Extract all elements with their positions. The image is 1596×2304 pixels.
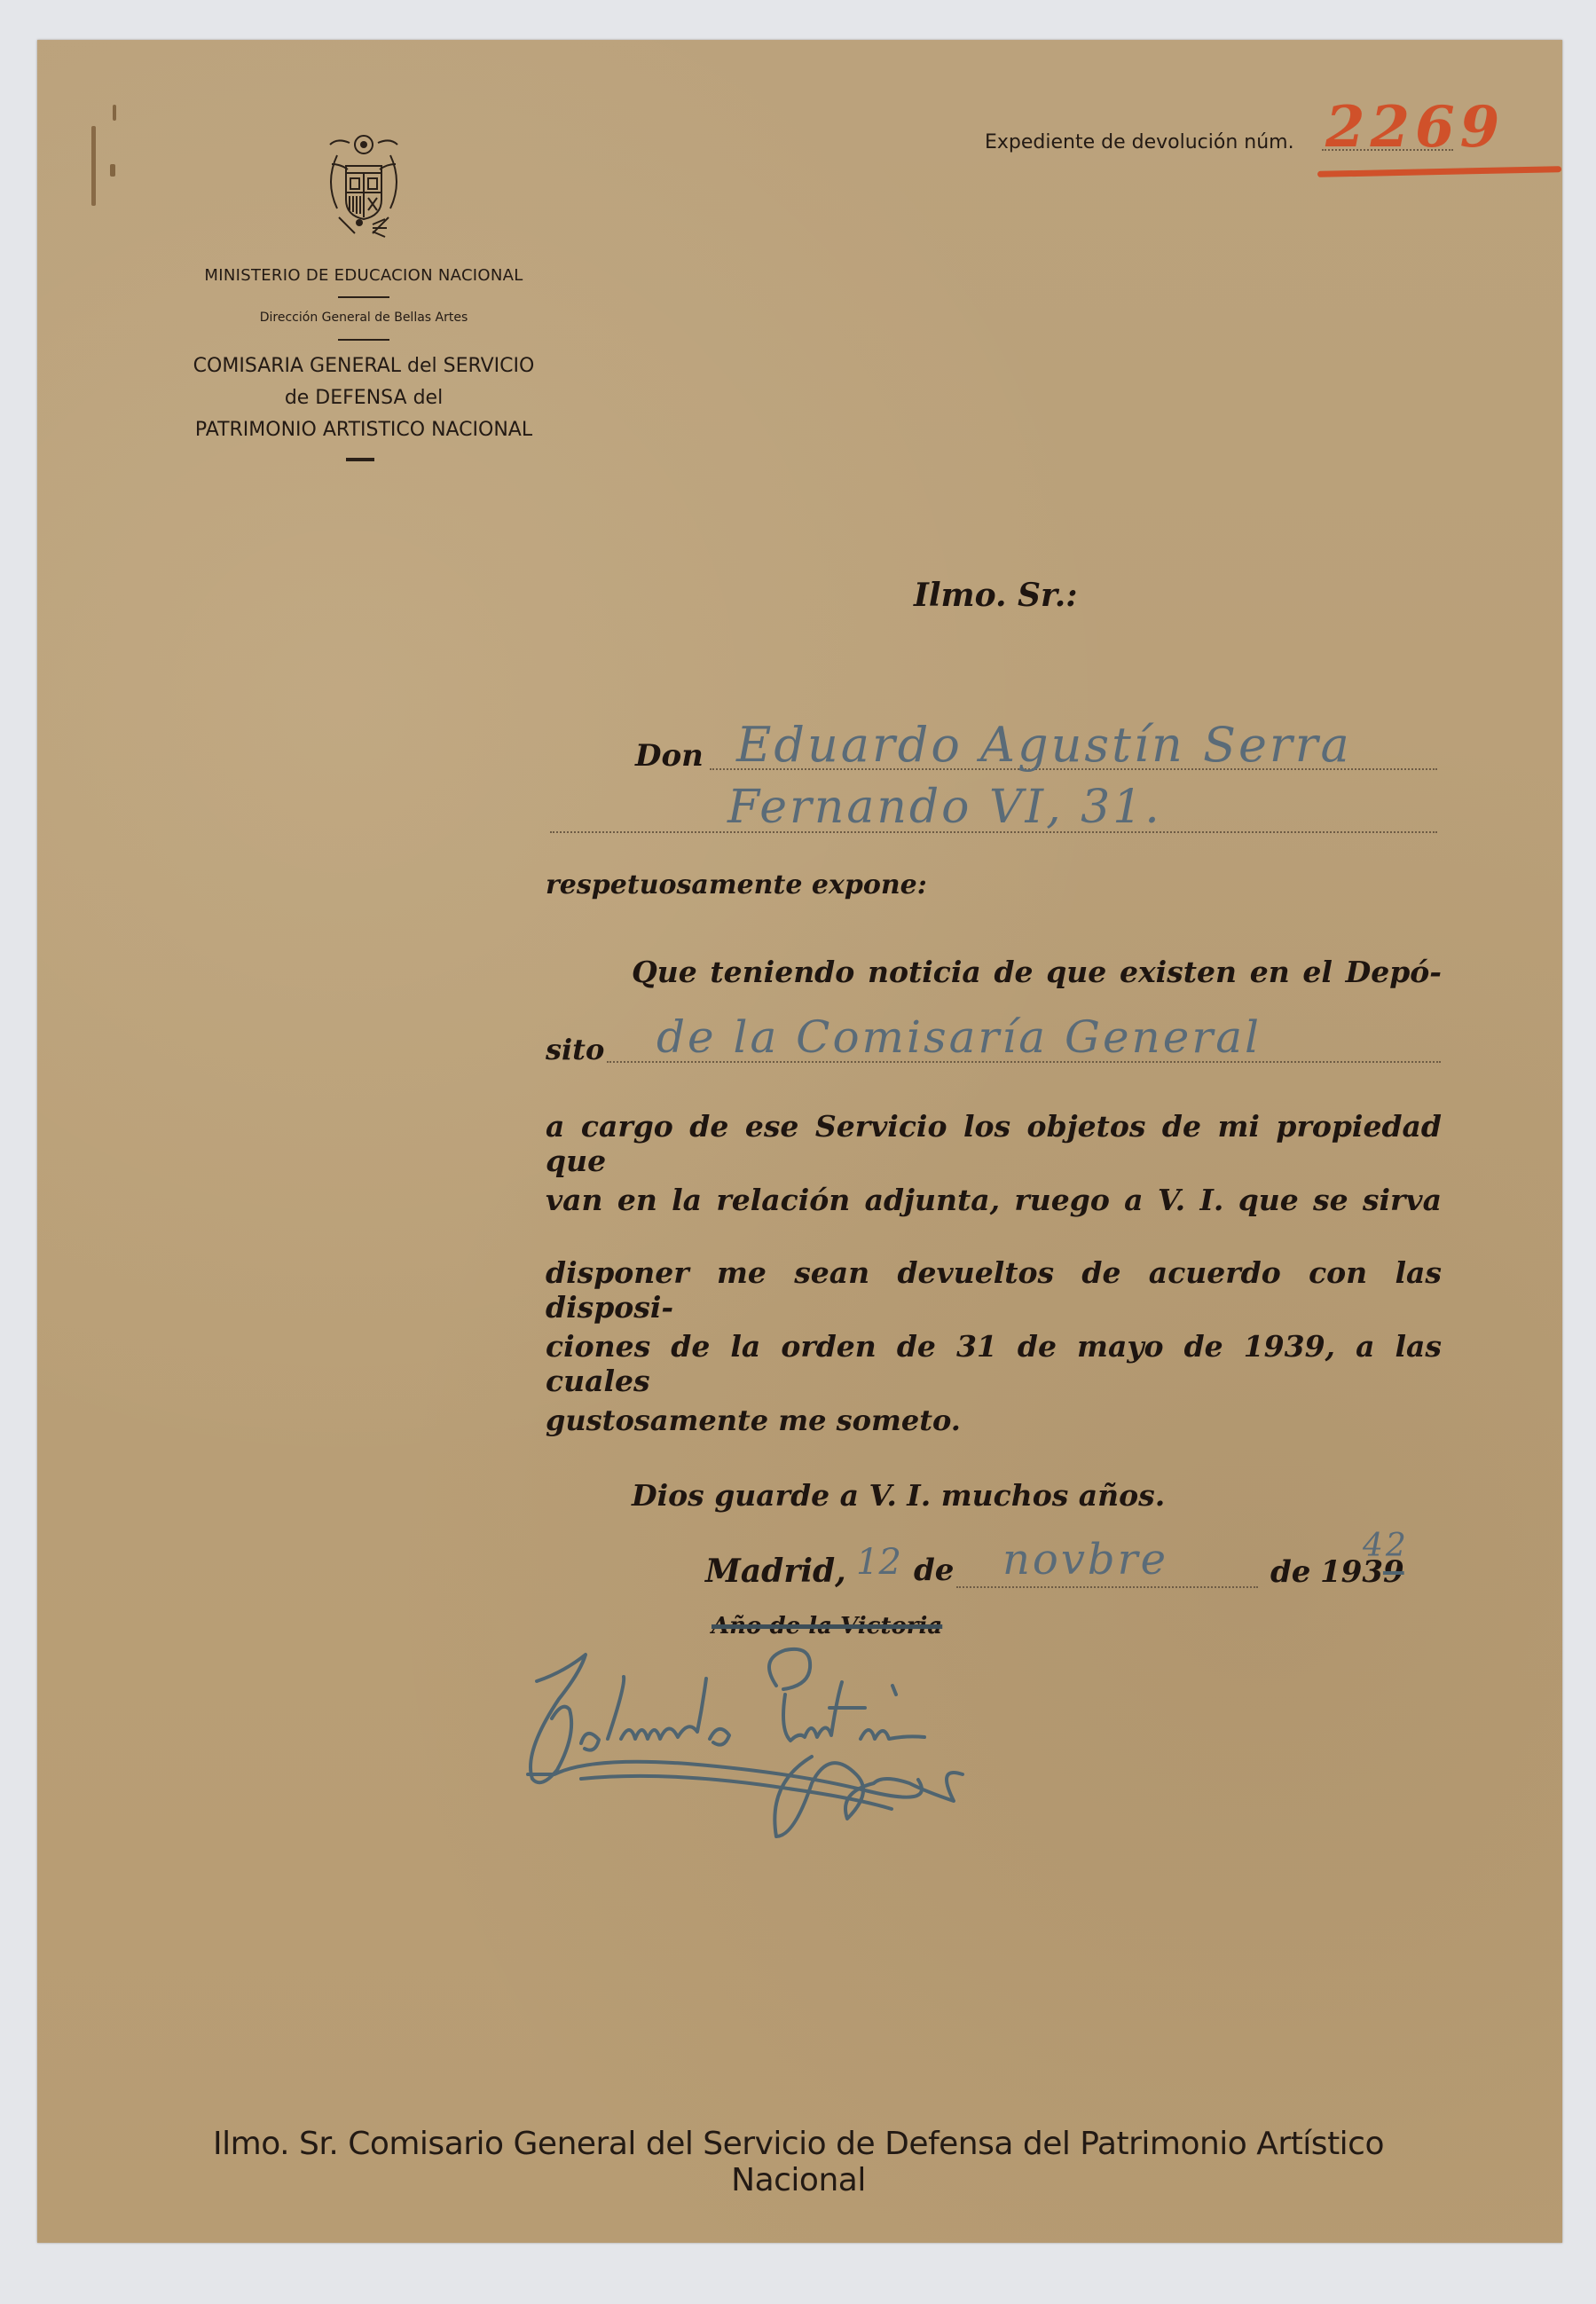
signature bbox=[519, 1641, 1158, 1845]
petitioner-name: Eduardo Agustín Serra bbox=[736, 717, 1352, 773]
commission-line-3: PATRIMONIO ARTISTICO NACIONAL bbox=[133, 419, 594, 441]
body-line-1: Que teniendo noticia de que existen en e… bbox=[632, 955, 1442, 989]
intro-text: respetuosamente expone: bbox=[546, 869, 927, 900]
date-day: 12 bbox=[856, 1542, 901, 1583]
staple-mark bbox=[91, 126, 96, 206]
date-city: Madrid, bbox=[705, 1553, 846, 1590]
commission-line-2: de DEFENSA del bbox=[133, 387, 594, 409]
direction-name: Dirección General de Bellas Artes bbox=[133, 311, 594, 325]
file-number-label: Expediente de devolución núm. bbox=[985, 131, 1294, 153]
petitioner-prefix: Don bbox=[635, 738, 704, 774]
deposit-handwritten: de la Comisaría General bbox=[656, 1011, 1262, 1063]
commission-line-1: COMISARIA GENERAL del SERVICIO bbox=[133, 355, 594, 377]
body-line-5: disponer me sean devueltos de acuerdo co… bbox=[546, 1255, 1442, 1325]
divider bbox=[338, 296, 389, 298]
date-de-2: de bbox=[1270, 1554, 1310, 1590]
body-line-3: a cargo de ese Servicio los objetos de m… bbox=[546, 1109, 1442, 1178]
date-month: novbre bbox=[1002, 1535, 1168, 1584]
date-month-field bbox=[956, 1586, 1258, 1588]
divider bbox=[338, 339, 389, 341]
body-line-7: gustosamente me someto. bbox=[546, 1404, 961, 1437]
body-line-6: ciones de la orden de 31 de mayo de 1939… bbox=[546, 1329, 1442, 1398]
divider bbox=[346, 458, 374, 461]
coat-of-arms-icon bbox=[319, 129, 408, 240]
ministry-name: MINISTERIO DE EDUCACION NACIONAL bbox=[133, 266, 594, 285]
body-line-4: van en la relación adjunta, ruego a V. I… bbox=[546, 1183, 1442, 1217]
addressee-footer: Ilmo. Sr. Comisario General del Servicio… bbox=[160, 2126, 1437, 2198]
staple-mark bbox=[110, 164, 115, 177]
struck-motto: Año de la Victoria bbox=[712, 1613, 942, 1640]
petitioner-address: Fernando VI, 31. bbox=[727, 781, 1162, 834]
file-number-value: 2269 bbox=[1325, 94, 1505, 161]
date-year-correction: 42 bbox=[1363, 1528, 1409, 1564]
closing-text: Dios guarde a V. I. muchos años. bbox=[632, 1478, 1165, 1513]
body-line-2-prefix: sito bbox=[546, 1033, 604, 1066]
date-de-1: de bbox=[914, 1553, 954, 1588]
staple-mark bbox=[113, 105, 116, 121]
salutation: Ilmo. Sr.: bbox=[914, 577, 1078, 614]
